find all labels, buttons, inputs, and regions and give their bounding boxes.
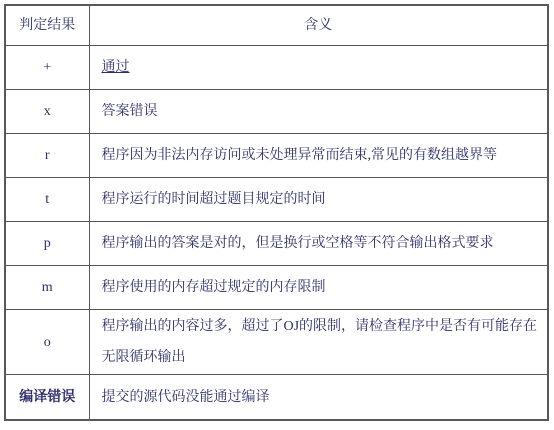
- page: 判定结果 含义 + 通过 x 答案错误 r 程序因为非法内存访问或未处理异常而结…: [0, 0, 554, 430]
- table-row: r 程序因为非法内存访问或未处理异常而结束,常见的有数组越界等: [5, 134, 548, 178]
- meaning-cell: 通过: [89, 46, 548, 90]
- result-cell: +: [5, 46, 89, 90]
- header-meaning: 含义: [89, 5, 548, 46]
- table-row: o 程序输出的内容过多，超过了OJ的限制，请检查程序中是否有可能存在无限循环输出: [5, 310, 548, 375]
- meaning-cell: 程序运行的时间超过题目规定的时间: [89, 178, 548, 222]
- table-row: 编译错误 提交的源代码没能通过编译: [5, 375, 548, 421]
- meaning-link[interactable]: 通过: [102, 60, 130, 75]
- result-cell: o: [5, 310, 89, 375]
- result-cell: p: [5, 222, 89, 266]
- meaning-cell: 程序因为非法内存访问或未处理异常而结束,常见的有数组越界等: [89, 134, 548, 178]
- table-row: p 程序输出的答案是对的，但是换行或空格等不符合输出格式要求: [5, 222, 548, 266]
- result-cell: r: [5, 134, 89, 178]
- table-row: x 答案错误: [5, 90, 548, 134]
- result-cell: t: [5, 178, 89, 222]
- table-row: m 程序使用的内存超过规定的内存限制: [5, 266, 548, 310]
- result-cell: x: [5, 90, 89, 134]
- table-row: + 通过: [5, 46, 548, 90]
- meaning-cell: 答案错误: [89, 90, 548, 134]
- meaning-cell: 程序使用的内存超过规定的内存限制: [89, 266, 548, 310]
- verdict-table: 判定结果 含义 + 通过 x 答案错误 r 程序因为非法内存访问或未处理异常而结…: [4, 4, 549, 421]
- header-result: 判定结果: [5, 5, 89, 46]
- table-header-row: 判定结果 含义: [5, 5, 548, 46]
- result-cell: m: [5, 266, 89, 310]
- meaning-cell: 程序输出的内容过多，超过了OJ的限制，请检查程序中是否有可能存在无限循环输出: [89, 310, 548, 375]
- result-cell: 编译错误: [5, 375, 89, 421]
- table-row: t 程序运行的时间超过题目规定的时间: [5, 178, 548, 222]
- meaning-cell: 程序输出的答案是对的，但是换行或空格等不符合输出格式要求: [89, 222, 548, 266]
- meaning-cell: 提交的源代码没能通过编译: [89, 375, 548, 421]
